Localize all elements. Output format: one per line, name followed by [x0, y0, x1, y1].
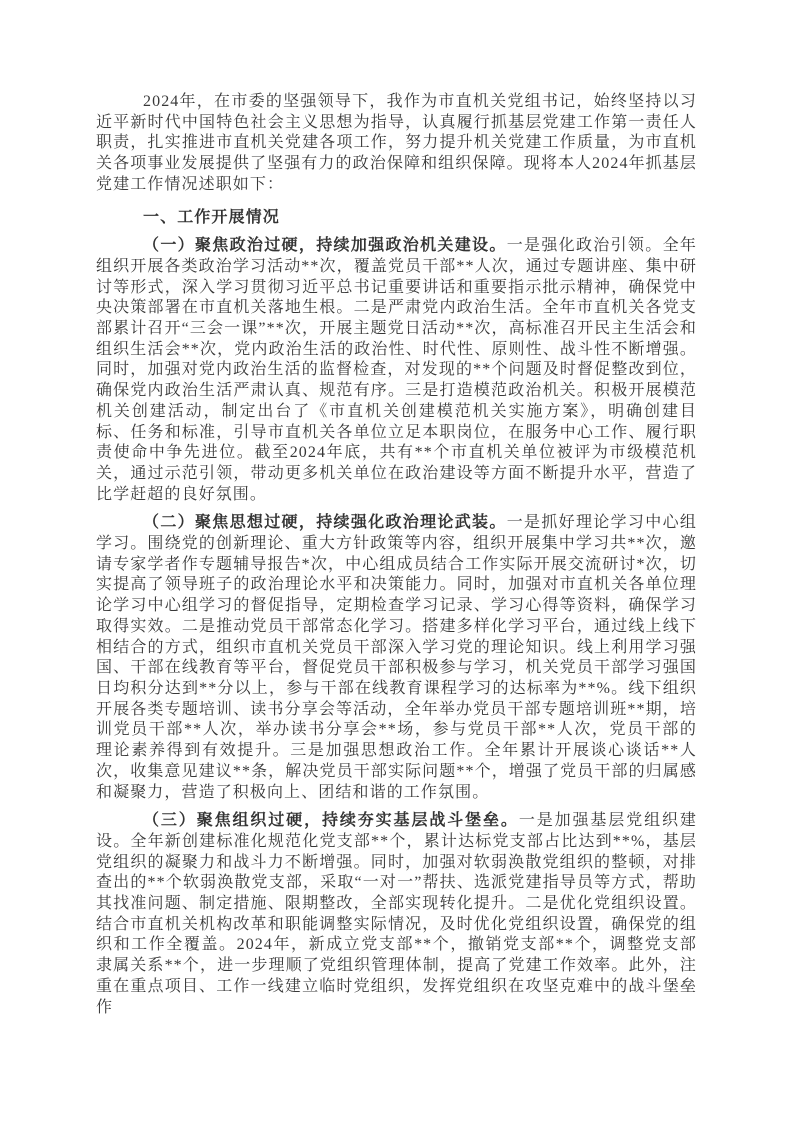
- subsection-1-lead: （一）聚焦政治过硬，持续加强政治机关建设。: [143, 237, 507, 254]
- document-content: 2024年，在市委的坚强领导下，我作为市直机关党组书记，始终坚持以习近平新时代中…: [96, 92, 697, 1026]
- subsection-2-lead: （二）聚焦思想过硬，持续强化政治理论武装。: [143, 514, 507, 531]
- intro-paragraph: 2024年，在市委的坚强领导下，我作为市直机关党组书记，始终坚持以习近平新时代中…: [96, 92, 697, 196]
- subsection-3-body: 一是加强基层党组织建设。全年新创建标准化规范化党支部**个，累计达标党支部占比达…: [96, 812, 697, 1015]
- subsection-paragraph-2: （二）聚焦思想过硬，持续强化政治理论武装。一是抓好理论学习中心组学习。围绕党的创…: [96, 513, 697, 803]
- subsection-paragraph-3: （三）聚焦组织过硬，持续夯实基层战斗堡垒。一是加强基层党组织建设。全年新创建标准…: [96, 811, 697, 1018]
- subsection-2-body: 一是抓好理论学习中心组学习。围绕党的创新理论、重大方针政策等内容，组织开展集中学…: [96, 514, 697, 800]
- subsection-3-lead: （三）聚焦组织过硬，持续夯实基层战斗堡垒。: [143, 812, 519, 829]
- section-heading: 一、工作开展情况: [96, 208, 697, 229]
- subsection-paragraph-1: （一）聚焦政治过硬，持续加强政治机关建设。一是强化政治引领。全年组织开展各类政治…: [96, 236, 697, 505]
- subsection-1-body: 一是强化政治引领。全年组织开展各类政治学习活动**次，覆盖党员干部**人次，通过…: [96, 237, 697, 502]
- document-page: 2024年，在市委的坚强领导下，我作为市直机关党组书记，始终坚持以习近平新时代中…: [0, 0, 793, 1122]
